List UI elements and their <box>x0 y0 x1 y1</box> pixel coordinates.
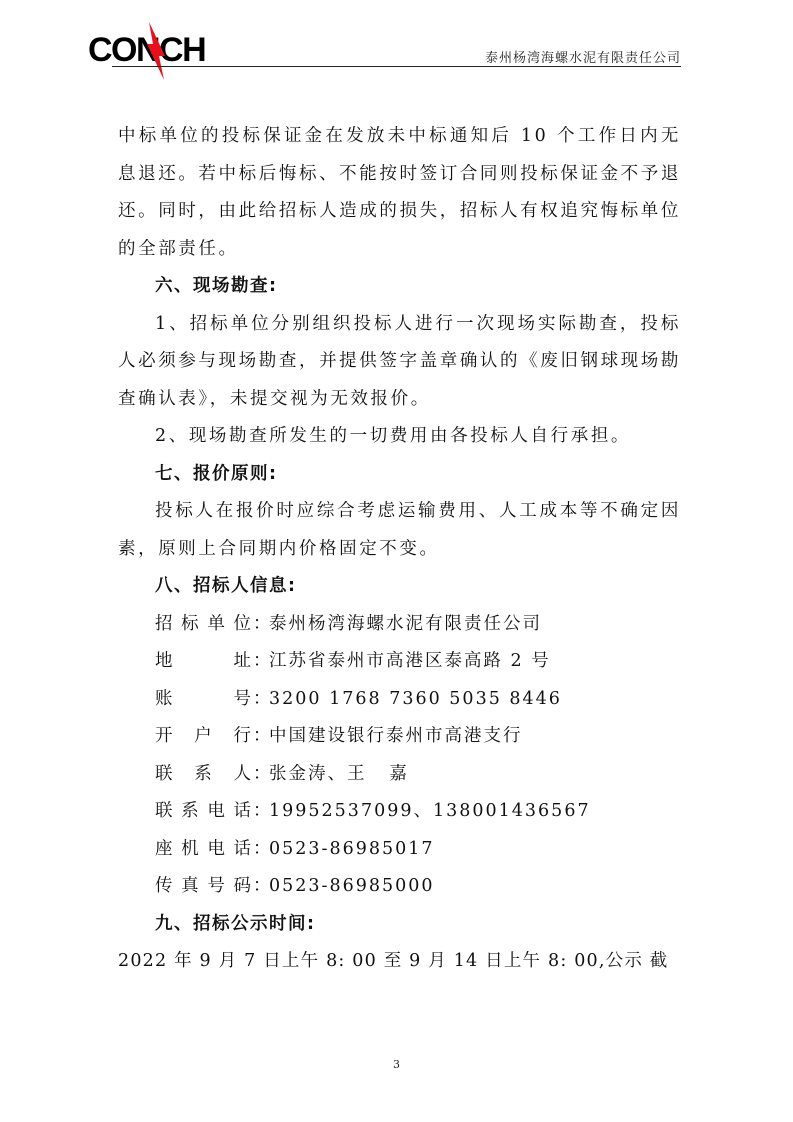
info-value: 19952537099、13800143656​7 <box>269 793 591 831</box>
page-number: 3 <box>0 1058 793 1071</box>
info-label: 账号 <box>155 681 253 719</box>
info-label: 联系电话 <box>155 793 253 831</box>
info-row-fax: 传真号码 ： 0523-86985000 <box>118 868 681 906</box>
document-page: CONCH 泰州杨湾海螺水泥有限责任公司 中标单位的投标保证金在发放未中标通知后… <box>0 0 793 1122</box>
pricing-principle-text: 投标人在报价时应综合考虑运输费用、人工成本等不确定因素，原则上合同期内价格固定不… <box>118 493 681 568</box>
section-heading-tenderer-info: 八、招标人信息: <box>118 568 681 606</box>
header-divider <box>112 66 681 67</box>
document-body: 中标单位的投标保证金在发放未中标通知后 10 个工作日内无息退还。若中标后悔标、… <box>118 118 681 981</box>
info-row-account: 账号 ： 3200 1768 7360 5035 8446 <box>118 681 681 719</box>
section-heading-notice-period: 九、招标公示时间: <box>118 906 681 944</box>
info-value: 中国建设银行泰州市高港支行 <box>269 718 523 756</box>
info-value: 张金涛、王 嘉 <box>269 756 409 794</box>
info-value: 0523-86985000 <box>269 868 435 906</box>
info-row-contact: 联系人 ： 张金涛、王 嘉 <box>118 756 681 794</box>
info-value: 江苏省泰州市高港区泰高路 2 号 <box>269 643 551 681</box>
info-row-address: 地址 ： 江苏省泰州市高港区泰高路 2 号 <box>118 643 681 681</box>
info-label: 开户行 <box>155 718 253 756</box>
info-value: 3200 1768 7360 5035 8446 <box>269 681 562 719</box>
header-company-name: 泰州杨湾海螺水泥有限责任公司 <box>485 47 681 66</box>
info-row-phone: 联系电话 ： 19952537099、13800143656​7 <box>118 793 681 831</box>
section-heading-site-survey: 六、现场勘查: <box>118 268 681 306</box>
info-label: 联系人 <box>155 756 253 794</box>
conch-logo: CONCH <box>88 30 228 70</box>
info-label: 地址 <box>155 643 253 681</box>
info-label: 传真号码 <box>155 868 253 906</box>
info-value: 泰州杨湾海螺水泥有限责任公司 <box>269 606 542 644</box>
info-row-bank: 开户行 ： 中国建设银行泰州市高港支行 <box>118 718 681 756</box>
logo-slash-icon <box>145 22 167 80</box>
intro-paragraph: 中标单位的投标保证金在发放未中标通知后 10 个工作日内无息退还。若中标后悔标、… <box>118 118 681 268</box>
info-label: 招标单位 <box>155 606 253 644</box>
info-row-landline: 座机电话 ： 0523-86985017 <box>118 831 681 869</box>
info-value: 0523-86985017 <box>269 831 435 869</box>
site-survey-item-2: 2、现场勘查所发生的一切费用由各投标人自行承担。 <box>118 418 681 456</box>
section-heading-pricing-principle: 七、报价原则: <box>118 456 681 494</box>
site-survey-item-1: 1、招标单位分别组织投标人进行一次现场实际勘查，投标人必须参与现场勘查，并提供签… <box>118 306 681 419</box>
notice-period-text: 2022 年 9 月 7 日上午 8: 00 至 9 月 14 日上午 8: 0… <box>118 943 681 981</box>
info-row-unit: 招标单位 ： 泰州杨湾海螺水泥有限责任公司 <box>118 606 681 644</box>
info-label: 座机电话 <box>155 831 253 869</box>
